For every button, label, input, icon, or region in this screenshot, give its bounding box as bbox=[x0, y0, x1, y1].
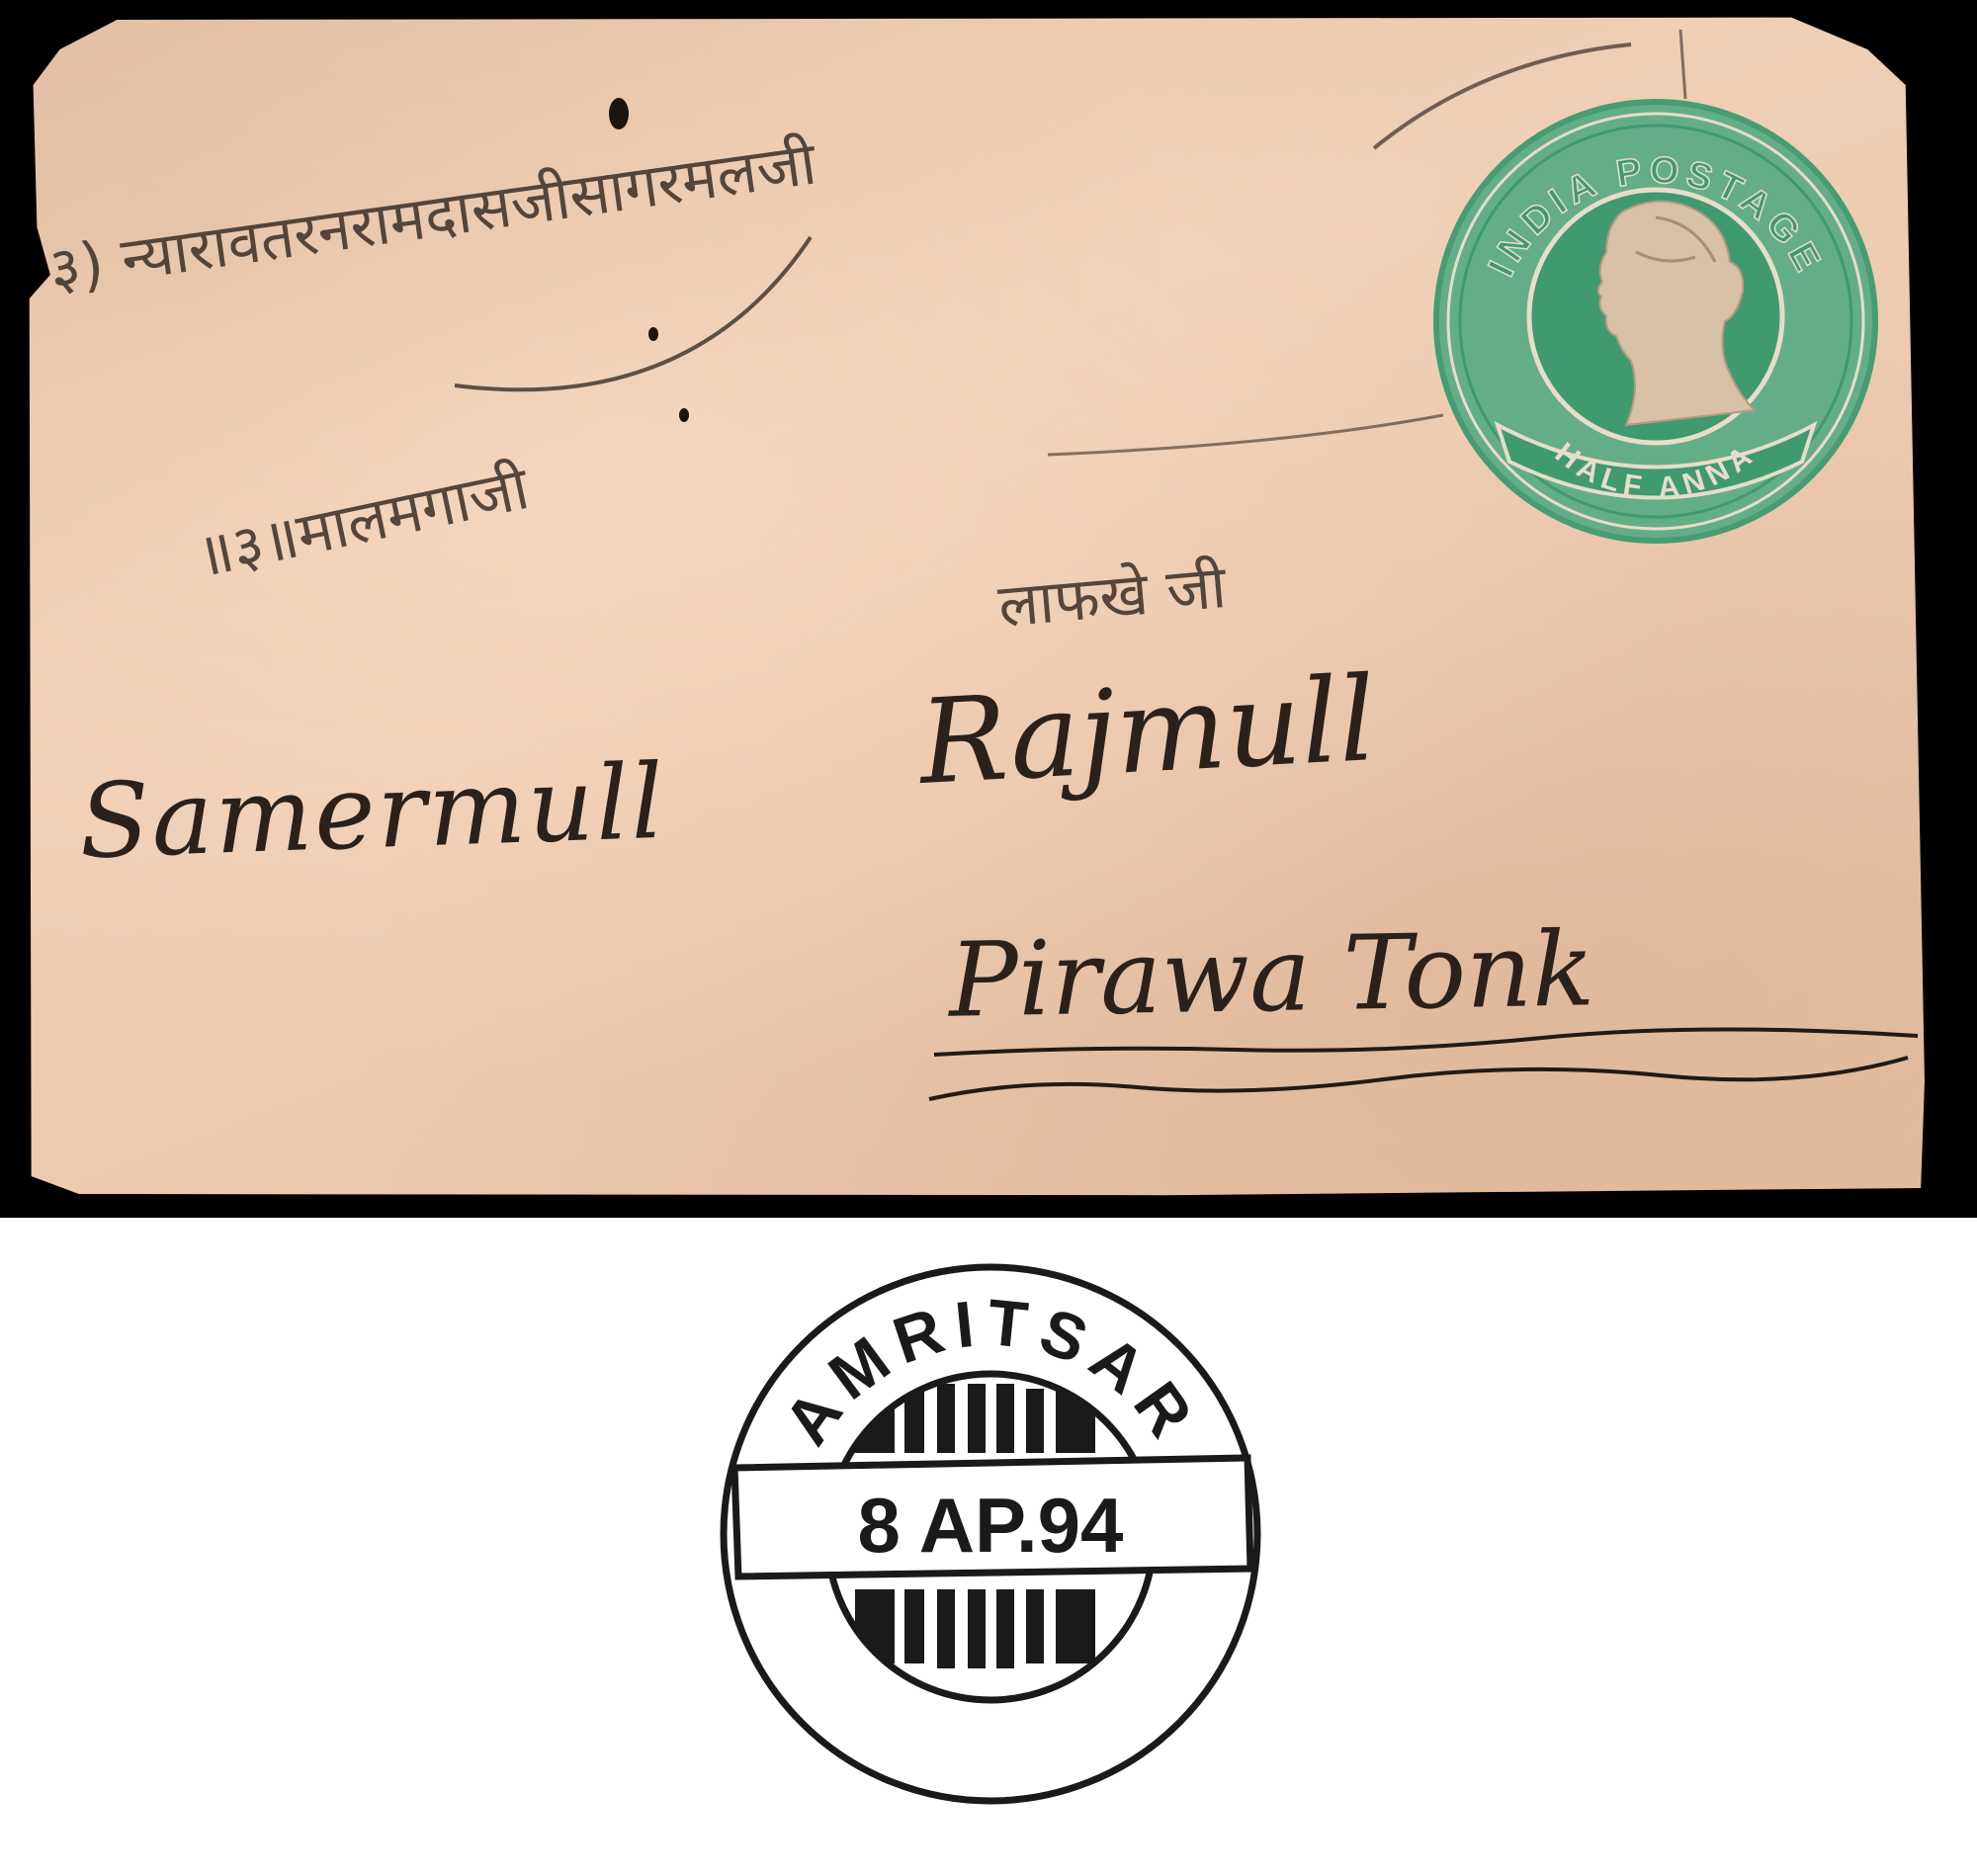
addressee-name: Samermull bbox=[77, 741, 667, 883]
envelope-photo-panel: ३) न्यारावतरनरामदासजीसागरमलजी ॥३॥मालमगाज… bbox=[0, 0, 1977, 1218]
circular-datestamp-icon: 8 AP.94 AMRITSAR bbox=[717, 1260, 1265, 1809]
embossed-stamp: INDIA POSTAGE HALF ANNA bbox=[1428, 94, 1883, 549]
postmark-date: 8 AP.94 bbox=[858, 1482, 1124, 1569]
ink-blot bbox=[609, 98, 629, 129]
addressee-firm: Rajmull bbox=[916, 650, 1379, 810]
destination-address: Pirawa Tonk bbox=[948, 908, 1595, 1040]
